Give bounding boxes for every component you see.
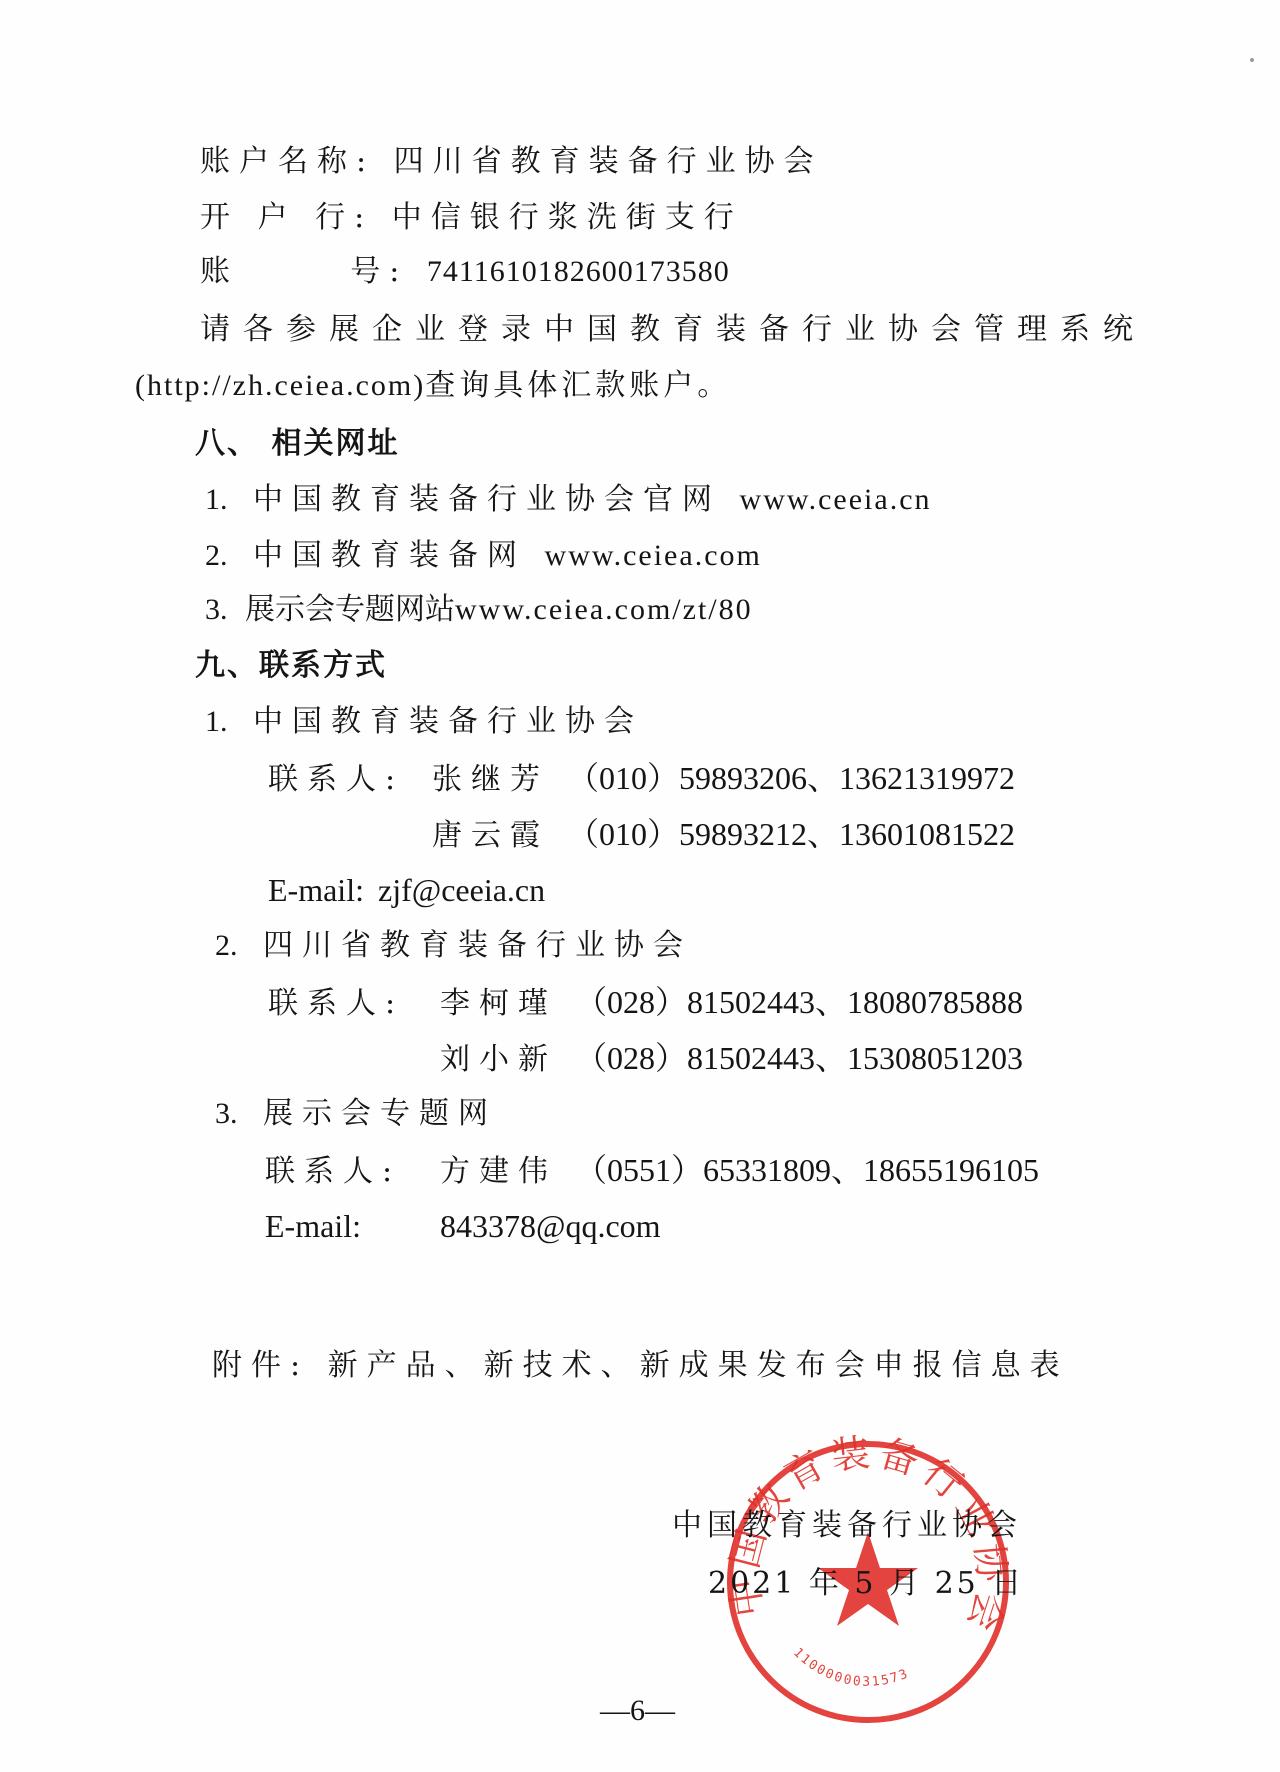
item-number: 1. [205, 480, 253, 520]
contact-row: 唐云霞（010）59893212、13601081522 [432, 814, 1015, 856]
bank-name-value: 中信银行浆洗街支行 [392, 200, 743, 235]
page-number: —6— [600, 1694, 675, 1728]
org-name: 四川省教育装备行业协会 [263, 928, 692, 963]
contact-row: 联系人:李柯瑾（028）81502443、18080785888 [268, 982, 1023, 1024]
bank-label: 开 户 行: [200, 200, 373, 235]
contact-org-2: 2.四川省教育装备行业协会 [215, 926, 692, 966]
contact-phone: （010）59893212、13601081522 [567, 816, 1015, 852]
document-page: 账户名称: 四川省教育装备行业协会 开 户 行: 中信银行浆洗街支行 账 号: … [0, 0, 1280, 1772]
attachment-line: 附件: 新产品、新技术、新成果发布会申报信息表 [212, 1346, 1069, 1386]
item-text: 中国教育装备行业协会官网 [253, 482, 721, 517]
contact-name: 方建伟 [440, 1152, 575, 1192]
org-name: 展示会专题网 [263, 1096, 497, 1131]
url-item-1: 1.中国教育装备行业协会官网 www.ceeia.cn [205, 480, 932, 520]
contact-name: 张继芳 [432, 760, 567, 800]
contact-phone: （010）59893206、13621319972 [567, 760, 1015, 796]
note-text: 请各参展企业登录中国教育装备行业协会管理系统 [200, 312, 1146, 347]
email-label: E-mail: [268, 870, 378, 910]
bank-line: 开 户 行: 中信银行浆洗街支行 [200, 198, 743, 238]
section-8-heading: 八、 相关网址 [195, 424, 399, 464]
org-name: 中国教育装备行业协会 [253, 704, 643, 739]
contact-name: 李柯瑾 [440, 984, 575, 1024]
org-number: 1. [205, 702, 253, 742]
org-number: 3. [215, 1094, 263, 1134]
scan-speck [1250, 58, 1254, 62]
org-number: 2. [215, 926, 263, 966]
svg-text:1100000031573: 1100000031573 [790, 1645, 912, 1690]
note-text-end: 查询具体汇款账户。 [425, 368, 731, 403]
item-text: 展示会专题网站 [245, 592, 455, 627]
item-text: 中国教育装备网 [253, 538, 526, 573]
contact-phone: （028）81502443、15308051203 [575, 1040, 1023, 1076]
email-link[interactable]: zjf@ceeia.cn [378, 872, 545, 908]
contact-label: 联系人: [268, 984, 440, 1024]
contact-phone: （028）81502443、18080785888 [575, 984, 1023, 1020]
account-name-value: 四川省教育装备行业协会 [394, 144, 823, 179]
signature-org: 中国教育装备行业协会 [672, 1506, 1022, 1546]
attachment-label: 附件: [212, 1348, 309, 1383]
expo-website-link[interactable]: www.ceiea.com/zt/80 [455, 593, 753, 626]
url-item-3: 3.展示会专题网站www.ceiea.com/zt/80 [205, 590, 753, 630]
email-row: E-mail:843378@qq.com [265, 1206, 661, 1248]
contact-label: 联系人: [268, 760, 432, 800]
signature-date: 2021 年 5 月 25 日 [708, 1564, 1024, 1604]
item-number: 2. [205, 536, 253, 576]
contact-org-3: 3.展示会专题网 [215, 1094, 497, 1134]
email-row: E-mail:zjf@ceeia.cn [268, 870, 545, 912]
note-line-1: 请各参展企业登录中国教育装备行业协会管理系统 [200, 310, 1146, 350]
email-link[interactable]: 843378@qq.com [440, 1208, 661, 1244]
account-name-label: 账户名称: [200, 144, 375, 179]
contact-row: 联系人:方建伟（0551）65331809、18655196105 [265, 1150, 1039, 1192]
contact-row: 联系人:张继芳（010）59893206、13621319972 [268, 758, 1015, 800]
ceeia-website-link[interactable]: www.ceeia.cn [740, 483, 932, 516]
url-item-2: 2.中国教育装备网 www.ceiea.com [205, 536, 762, 576]
item-number: 3. [205, 590, 245, 630]
contact-name: 唐云霞 [432, 816, 567, 856]
management-system-link[interactable]: (http://zh.ceiea.com) [135, 369, 425, 402]
contact-org-1: 1.中国教育装备行业协会 [205, 702, 643, 742]
email-label: E-mail: [265, 1206, 440, 1246]
contact-row: 刘小新（028）81502443、15308051203 [440, 1038, 1023, 1080]
attachment-title: 新产品、新技术、新成果发布会申报信息表 [328, 1348, 1069, 1383]
account-number-line: 账 号: 7411610182600173580 [200, 252, 730, 292]
account-name-line: 账户名称: 四川省教育装备行业协会 [200, 142, 823, 182]
contact-name: 刘小新 [440, 1040, 575, 1080]
account-number-value: 7411610182600173580 [427, 255, 730, 288]
contact-label: 联系人: [265, 1152, 440, 1192]
account-number-label: 账 号: [200, 254, 408, 289]
section-9-heading: 九、联系方式 [195, 646, 387, 686]
contact-phone: （0551）65331809、18655196105 [575, 1152, 1039, 1188]
ceiea-website-link[interactable]: www.ceiea.com [545, 539, 762, 572]
note-line-2: (http://zh.ceiea.com)查询具体汇款账户。 [135, 366, 731, 406]
